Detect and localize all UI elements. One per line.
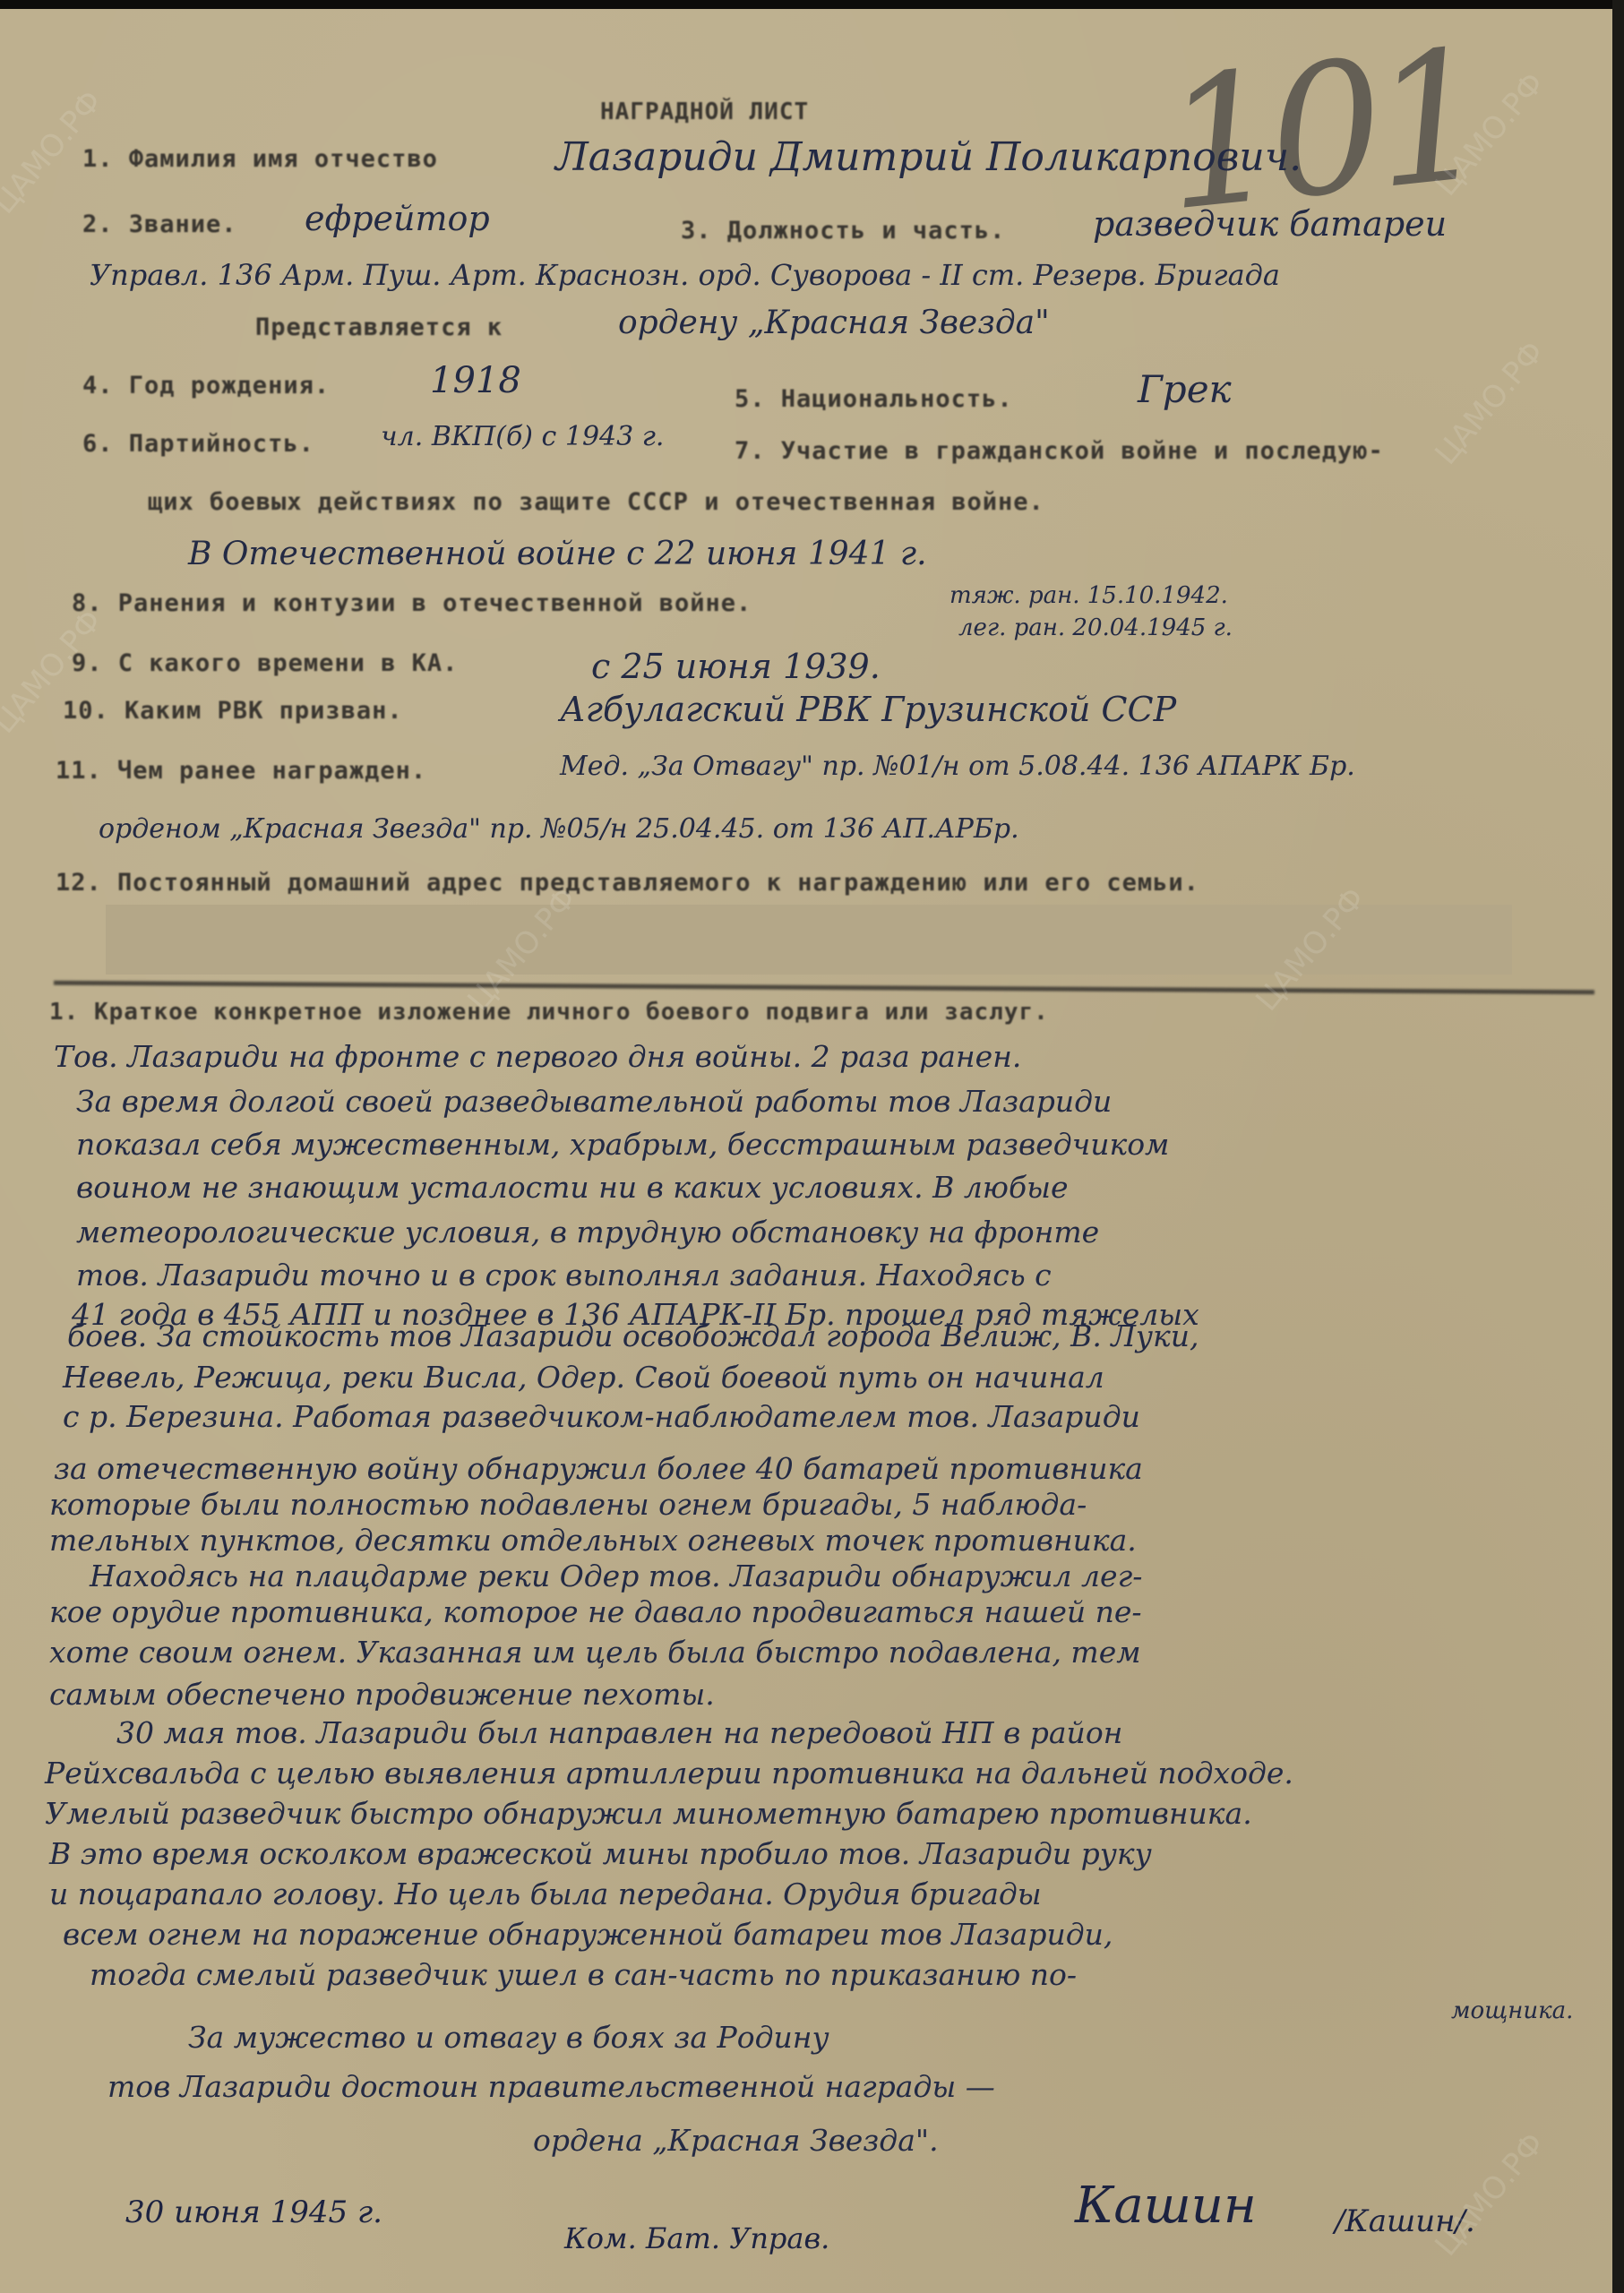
field-5-label: 5. Национальность. bbox=[735, 385, 1013, 413]
narrative-line: показал себя мужественным, храбрым, бесс… bbox=[76, 1127, 1169, 1162]
section-divider bbox=[54, 981, 1594, 995]
field-2-value: ефрейтор bbox=[305, 199, 490, 238]
footer-position: Ком. Бат. Управ. bbox=[564, 2221, 829, 2255]
narrative-line: За время долгой своей разведывательной р… bbox=[76, 1084, 1112, 1119]
narrative-line: тогда смелый разведчик ушел в сан-часть … bbox=[90, 1957, 1077, 1992]
narrative-line: боев. За стойкость тов Лазариди освобожд… bbox=[67, 1318, 1199, 1353]
narrative-line: За мужество и отвагу в боях за Родину bbox=[188, 2020, 829, 2055]
narrative-line: всем огнем на поражение обнаруженной бат… bbox=[63, 1917, 1113, 1952]
narrative-line: хоте своим огнем. Указанная им цель была… bbox=[49, 1635, 1141, 1670]
narrative-line: ордена „Красная Звезда". bbox=[533, 2123, 939, 2158]
narrative-line: тов. Лазариди точно и в срок выполнял за… bbox=[76, 1258, 1052, 1292]
field-1-label: 1. Фамилия имя отчество bbox=[82, 145, 438, 173]
field-11-label: 11. Чем ранее награжден. bbox=[56, 757, 426, 785]
field-12-label: 12. Постоянный домашний адрес представля… bbox=[56, 869, 1199, 897]
field-7-label-cont: щих боевых действиях по защите СССР и от… bbox=[148, 488, 1044, 516]
field-6-label: 6. Партийность. bbox=[82, 430, 314, 458]
field-9-value: с 25 июня 1939. bbox=[591, 647, 881, 686]
page-edge bbox=[1612, 0, 1624, 2293]
narrative-line: с р. Березина. Работая разведчиком-наблю… bbox=[63, 1399, 1140, 1434]
field-3-label: 3. Должность и часть. bbox=[681, 217, 1005, 245]
narrative-line: Невель, Режица, реки Висла, Одер. Свой б… bbox=[63, 1360, 1104, 1395]
watermark: ЦАМО.РФ bbox=[1428, 334, 1551, 471]
field-11-value-1: Мед. „За Отвагу" пр. №01/н от 5.08.44. 1… bbox=[560, 751, 1355, 782]
field-4-value: 1918 bbox=[430, 360, 521, 401]
field-8-value-1: тяж. ран. 15.10.1942. bbox=[949, 582, 1228, 609]
document-title: НАГРАДНОЙ ЛИСТ bbox=[600, 99, 809, 125]
narrative-line: 30 мая тов. Лазариди был направлен на пе… bbox=[116, 1715, 1122, 1750]
narrative-line: тов Лазариди достоин правительственной н… bbox=[107, 2069, 995, 2104]
field-6-value: чл. ВКП(б) с 1943 г. bbox=[381, 421, 664, 452]
narrative-line: самым обеспечено продвижение пехоты. bbox=[49, 1677, 715, 1712]
signature: Кашин bbox=[1075, 2177, 1257, 2235]
narrative-line: которые были полностью подавлены огнем б… bbox=[49, 1487, 1087, 1522]
field-10-label: 10. Каким РВК призван. bbox=[63, 697, 403, 725]
narrative-line: мощника. bbox=[1451, 1997, 1573, 2024]
field-7-label: 7. Участие в гражданской войне и последу… bbox=[735, 437, 1384, 465]
narrative-line: воином не знающим усталости ни в каких у… bbox=[76, 1170, 1069, 1205]
narrative-line: Находясь на плацдарме реки Одер тов. Лаз… bbox=[90, 1559, 1142, 1593]
field-4-label: 4. Год рождения. bbox=[82, 372, 330, 399]
field-8-label: 8. Ранения и контузии в отечественной во… bbox=[72, 589, 752, 617]
field-3-value: разведчик батареи bbox=[1093, 204, 1447, 244]
section-heading: 1. Краткое конкретное изложение личного … bbox=[49, 999, 1049, 1026]
field-5-value: Грек bbox=[1138, 367, 1232, 411]
field-10-value: Агбулагский РВК Грузинской ССР bbox=[560, 690, 1176, 729]
field-9-label: 9. С какого времени в КА. bbox=[72, 649, 458, 677]
narrative-line: тельных пунктов, десятки отдельных огнев… bbox=[49, 1523, 1137, 1558]
presented-label: Представляется к bbox=[255, 313, 503, 341]
narrative-line: Рейхсвальда с целью выявления артиллерии… bbox=[45, 1756, 1293, 1791]
narrative-line: Тов. Лазариди на фронте с первого дня во… bbox=[54, 1039, 1021, 1074]
field-7-value: В Отечественной войне с 22 июня 1941 г. bbox=[188, 536, 927, 572]
narrative-line: В это время осколком вражеской мины проб… bbox=[49, 1836, 1152, 1871]
field-2-label: 2. Звание. bbox=[82, 210, 237, 238]
field-11-value-2: орденом „Красная Звезда" пр. №05/н 25.04… bbox=[99, 813, 1019, 845]
award-sheet: 101 НАГРАДНОЙ ЛИСТ 1. Фамилия имя отчест… bbox=[0, 9, 1612, 2293]
narrative-line: за отечественную войну обнаружил более 4… bbox=[54, 1451, 1143, 1486]
narrative-line: метеорологические условия, в трудную обс… bbox=[76, 1215, 1099, 1250]
narrative-line: кое орудие противника, которое не давало… bbox=[49, 1594, 1142, 1629]
narrative-line: Умелый разведчик быстро обнаружил миноме… bbox=[45, 1796, 1252, 1831]
presented-value: ордену „Красная Звезда" bbox=[618, 305, 1050, 341]
field-3-value-cont: Управл. 136 Арм. Пуш. Арт. Краснозн. орд… bbox=[90, 258, 1280, 292]
footer-date: 30 июня 1945 г. bbox=[125, 2194, 382, 2230]
watermark: ЦАМО.РФ bbox=[1428, 2126, 1551, 2263]
narrative-line: и поцарапало голову. Но цель была переда… bbox=[49, 1876, 1042, 1911]
field-8-value-2: лег. ран. 20.04.1945 г. bbox=[958, 614, 1233, 641]
field-1-value: Лазариди Дмитрий Поликарпович. bbox=[555, 134, 1302, 180]
